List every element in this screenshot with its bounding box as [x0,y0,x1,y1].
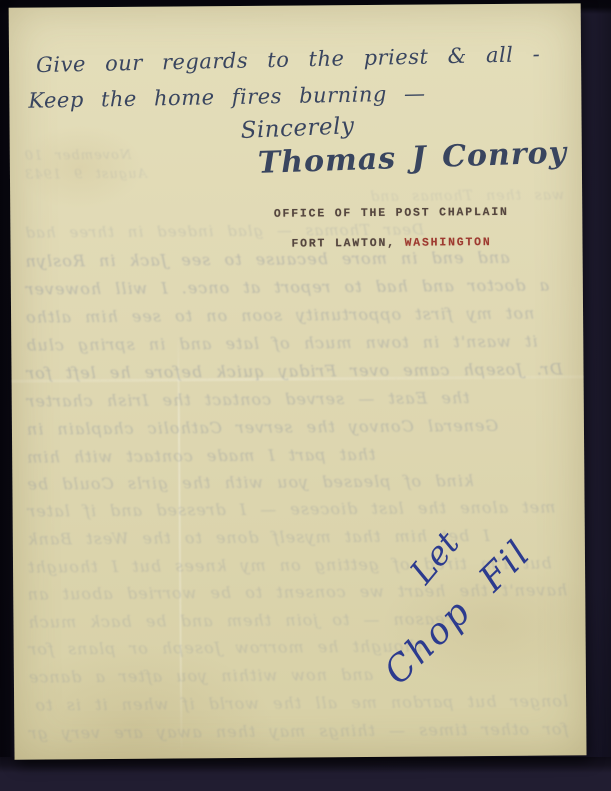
vertical-fold-crease [177,336,182,754]
bleedthrough-line: longer but pardon me all the world if wh… [28,691,568,714]
bleedthrough-line: that part I made contact with him [26,443,566,466]
bleedthrough-line: met alone the last diocese — I dressed a… [27,497,567,520]
bleedthrough-line: not my first opportunity soon on to see … [25,303,565,326]
bleedthrough-line: kind of pleased you with the girls Could… [26,470,566,493]
letterhead-line-1: OFFICE OF THE POST CHAPLAIN [260,198,522,230]
horizontal-fold-crease [12,375,584,382]
letterhead-state: WASHINGTON [405,236,492,250]
bleedthrough-line: but I'm tired of getting on my knees but… [27,553,567,576]
signature: Thomas J Conroy [257,135,567,181]
bleedthrough-line: haven't the heart we consent to be worri… [27,580,567,603]
bleedthrough-line: I bet him that myself done to the West B… [27,525,567,548]
margin-note-word-1: Let [402,524,467,591]
bleedthrough-line: and now within you after a dance [28,663,568,686]
bleedthrough-line: thought he morrow Joseph or plans for [28,635,568,658]
bleedthrough-line: for other times — things may then away a… [28,719,568,742]
margin-note: Let Chop Fil [332,458,611,756]
postscript-line-1: Give our regards to the priest & all - [36,42,541,77]
signoff: Sincerely [240,113,355,144]
letter-page: November 10August 9 1943was then Thomas … [9,3,587,759]
letterhead: OFFICE OF THE POST CHAPLAIN FORT LAWTON,… [260,198,522,260]
scan-backdrop-bottom [0,757,611,791]
bleedthrough-line: General Convoy the server Catholic chapl… [26,415,566,438]
bleedthrough-line: it wasn't in town much of late and in sp… [25,331,565,354]
letterhead-line-2: FORT LAWTON, WASHINGTON [260,228,522,260]
letterhead-place: FORT LAWTON, [291,237,396,251]
postscript-line-2: Keep the home fires burning — [28,81,426,112]
bleedthrough-line: reason — to join them and be back much [27,608,567,631]
bleedthrough-line: a doctor and had to report at once. I wi… [25,275,565,298]
margin-note-word-2: Chop Fil [377,533,539,693]
bleedthrough-line: the East — served contact the Irish char… [26,387,566,410]
